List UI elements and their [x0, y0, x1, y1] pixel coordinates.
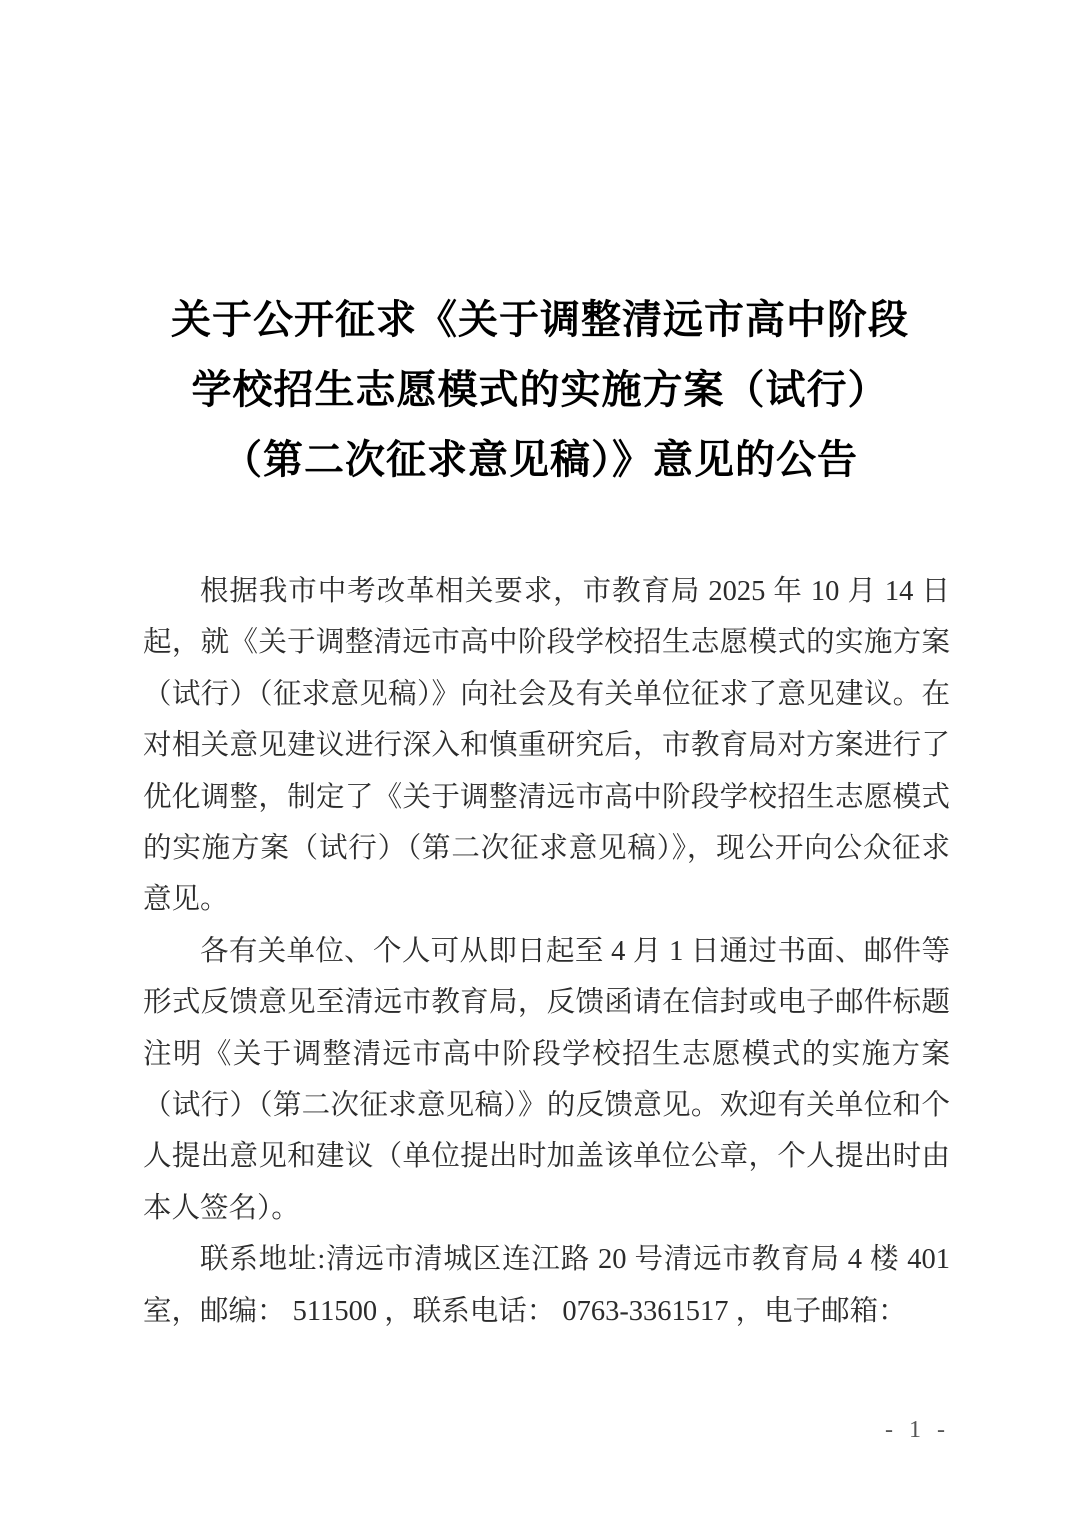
paragraph-contact-info: 联系地址:清远市清城区连江路 20 号清远市教育局 4 楼 401 室，邮编： … — [143, 1234, 950, 1337]
paragraph-background: 根据我市中考改革相关要求，市教育局 2025 年 10 月 14 日起，就《关于… — [143, 566, 950, 926]
document-body: 根据我市中考改革相关要求，市教育局 2025 年 10 月 14 日起，就《关于… — [143, 566, 950, 1337]
document-page: 关于公开征求《关于调整清远市高中阶段 学校招生志愿模式的实施方案（试行） （第二… — [0, 0, 1080, 1527]
title-line-3: （第二次征求意见稿）》意见的公告 — [0, 425, 1080, 495]
title-line-1: 关于公开征求《关于调整清远市高中阶段 — [0, 285, 1080, 355]
title-line-2: 学校招生志愿模式的实施方案（试行） — [0, 355, 1080, 425]
paragraph-feedback-instructions: 各有关单位、个人可从即日起至 4 月 1 日通过书面、邮件等形式反馈意见至清远市… — [143, 926, 950, 1234]
document-title: 关于公开征求《关于调整清远市高中阶段 学校招生志愿模式的实施方案（试行） （第二… — [0, 285, 1080, 495]
page-number: - 1 - — [885, 1417, 950, 1444]
